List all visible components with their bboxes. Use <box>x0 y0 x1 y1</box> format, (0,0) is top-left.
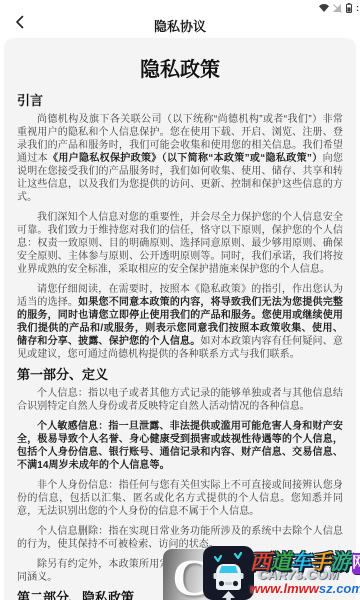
watermark-site-text: CAR73.COM 西 道 车 手 游 网 www.lmwwsz.com <box>250 551 356 596</box>
section-heading-intro: 引言 <box>17 94 343 108</box>
back-chevron-icon <box>15 15 24 33</box>
site-name-char: 道 <box>270 551 290 575</box>
back-button[interactable] <box>9 14 29 34</box>
definition-deletion: 个人信息删除：指在实现日常业务功能所涉及的系统中去除个人信息的行为，使其保持不可… <box>17 525 343 551</box>
paragraph-intro-2: 我们深知个人信息对您的重要性，并会尽全力保护您的个人信息安全可靠。我们致力于维持… <box>17 211 343 276</box>
privacy-policy-document[interactable]: 隐私政策 引言 尚德机构及旗下各关联公司（以下统称“尚德机构”或者“我们”）非常… <box>4 38 356 600</box>
definition-personal-info: 个人信息：指以电子或者其他方式记录的能够单独或者与其他信息结合识别特定自然人身份… <box>17 387 343 413</box>
paragraph-intro-1: 尚德机构及旗下各关联公司（以下统称“尚德机构”或者“我们”）非常重视用户的隐私和… <box>17 113 343 204</box>
document-title: 隐私政策 <box>17 58 343 82</box>
site-name-char: 手 <box>310 551 330 575</box>
nav-bar: 隐私协议 <box>0 13 360 38</box>
status-bar: : <box>0 0 360 13</box>
watermark-url: www.lmwwsz.com <box>250 582 356 596</box>
paragraph-intro-1-bold: 《用户隐私权保护政策》（以下简称“本政策”或“隐私政策”） <box>48 153 323 164</box>
paragraph-intro-3: 请您仔细阅读，在需要时，按照本《隐私政策》的指引，作出您认为适当的选择。如果您不… <box>17 283 343 361</box>
battery-icon <box>346 3 352 13</box>
watermark-site-name: 西 道 车 手 游 网 <box>250 551 356 575</box>
section-heading-part1: 第一部分、定义 <box>17 368 343 382</box>
privacy-policy-screen: { "status_bar": { "icons": ["wifi-icon",… <box>0 0 360 600</box>
car-icon <box>203 546 254 600</box>
wifi-icon <box>319 4 329 12</box>
site-name-char: 游 <box>330 551 350 575</box>
net-badge: 网 <box>352 553 360 574</box>
watermark-url-blue: sz.com <box>319 581 360 596</box>
page-title: 隐私协议 <box>154 16 206 35</box>
definition-sensitive-info: 个人敏感信息：指一旦泄露、非法提供或滥用可能危害人身和财产安全，极易导致个人名誉… <box>17 420 343 472</box>
site-name-char: 西 <box>250 551 270 575</box>
watermark-url-red: www.lmww <box>250 581 319 596</box>
site-name-char: 车 <box>290 551 310 575</box>
status-time-fragment: : <box>356 4 359 13</box>
watermark-car-app-icon <box>203 546 254 600</box>
no-signal-icon <box>333 4 342 13</box>
definition-non-personal-info: 非个人身份信息：指任何与您有关但实际上不可直接或间接辨认您身份的信息，包括以汇集… <box>17 479 343 518</box>
